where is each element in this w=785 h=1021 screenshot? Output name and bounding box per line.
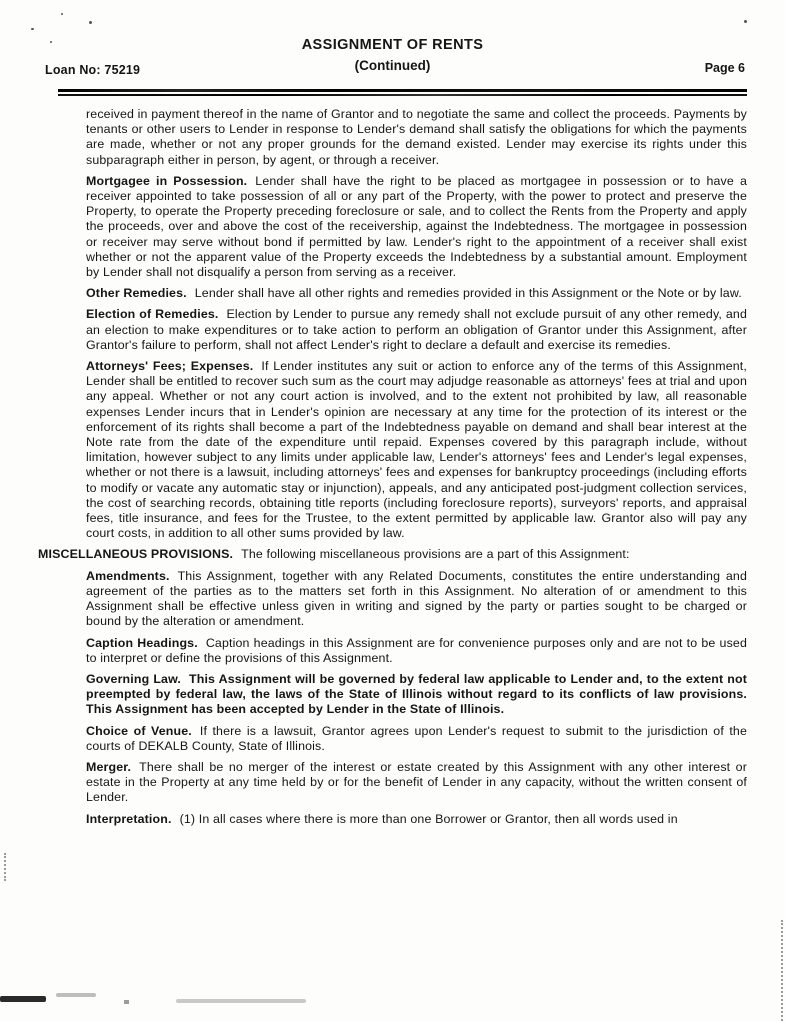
paragraph-heading: Amendments.	[86, 569, 178, 583]
paragraph: Amendments.This Assignment, together wit…	[86, 569, 747, 630]
paragraph-text: received in payment thereof in the name …	[86, 107, 747, 167]
paragraph-text: The following miscellaneous provisions a…	[241, 547, 629, 561]
paragraph-heading: Choice of Venue.	[86, 724, 200, 738]
paragraph-heading: Caption Headings.	[86, 636, 206, 650]
scan-speck	[31, 28, 34, 30]
document-page: ASSIGNMENT OF RENTS (Continued) Loan No:…	[0, 0, 785, 1021]
paragraph: Caption Headings.Caption headings in thi…	[86, 636, 747, 666]
paragraph-heading: Mortgagee in Possession.	[86, 174, 255, 188]
scan-edge-dots-right	[781, 920, 783, 1021]
paragraph-heading: Election of Remedies.	[86, 307, 227, 321]
scan-smudge	[0, 996, 46, 1002]
loan-number: Loan No: 75219	[45, 63, 140, 77]
scan-speck	[61, 13, 63, 15]
paragraph: received in payment thereof in the name …	[86, 107, 747, 168]
header-rule-bottom	[58, 94, 747, 96]
paragraph-text: (1) In all cases where there is more tha…	[180, 812, 678, 826]
scan-smudge	[176, 999, 306, 1003]
scan-smudge	[56, 993, 96, 997]
document-title: ASSIGNMENT OF RENTS	[0, 37, 785, 53]
paragraph-heading: Interpretation.	[86, 812, 180, 826]
paragraph-heading: Other Remedies.	[86, 286, 195, 300]
scan-speck	[89, 21, 92, 24]
paragraph: Interpretation.(1) In all cases where th…	[86, 812, 747, 827]
scan-edge-dots-left	[4, 853, 6, 881]
paragraph-heading: Governing Law.	[86, 672, 189, 686]
paragraph: Merger.There shall be no merger of the i…	[86, 760, 747, 806]
paragraph-text: If Lender institutes any suit or action …	[86, 359, 747, 540]
paragraph: Election of Remedies.Election by Lender …	[86, 307, 747, 353]
paragraph-heading: Attorneys' Fees; Expenses.	[86, 359, 261, 373]
paragraph-heading: Merger.	[86, 760, 139, 774]
paragraph: Governing Law.This Assignment will be go…	[86, 672, 747, 718]
paragraph-heading: MISCELLANEOUS PROVISIONS.	[38, 547, 241, 561]
scan-speck	[50, 41, 52, 43]
paragraph: Other Remedies.Lender shall have all oth…	[86, 286, 747, 301]
paragraph-text: This Assignment, together with any Relat…	[86, 569, 747, 629]
document-body: received in payment thereof in the name …	[38, 107, 747, 833]
paragraph: Attorneys' Fees; Expenses.If Lender inst…	[86, 359, 747, 541]
header-rule-top	[58, 89, 747, 92]
paragraph: MISCELLANEOUS PROVISIONS.The following m…	[38, 547, 747, 562]
paragraph: Choice of Venue.If there is a lawsuit, G…	[86, 724, 747, 754]
paragraph-text: Lender shall have all other rights and r…	[195, 286, 742, 300]
scan-smudge	[124, 1000, 129, 1004]
paragraph-text: Lender shall have the right to be placed…	[86, 174, 747, 279]
page-number: Page 6	[705, 61, 745, 75]
paragraph: Mortgagee in Possession.Lender shall hav…	[86, 174, 747, 280]
paragraph-text: There shall be no merger of the interest…	[86, 760, 747, 804]
scan-speck	[744, 20, 747, 23]
